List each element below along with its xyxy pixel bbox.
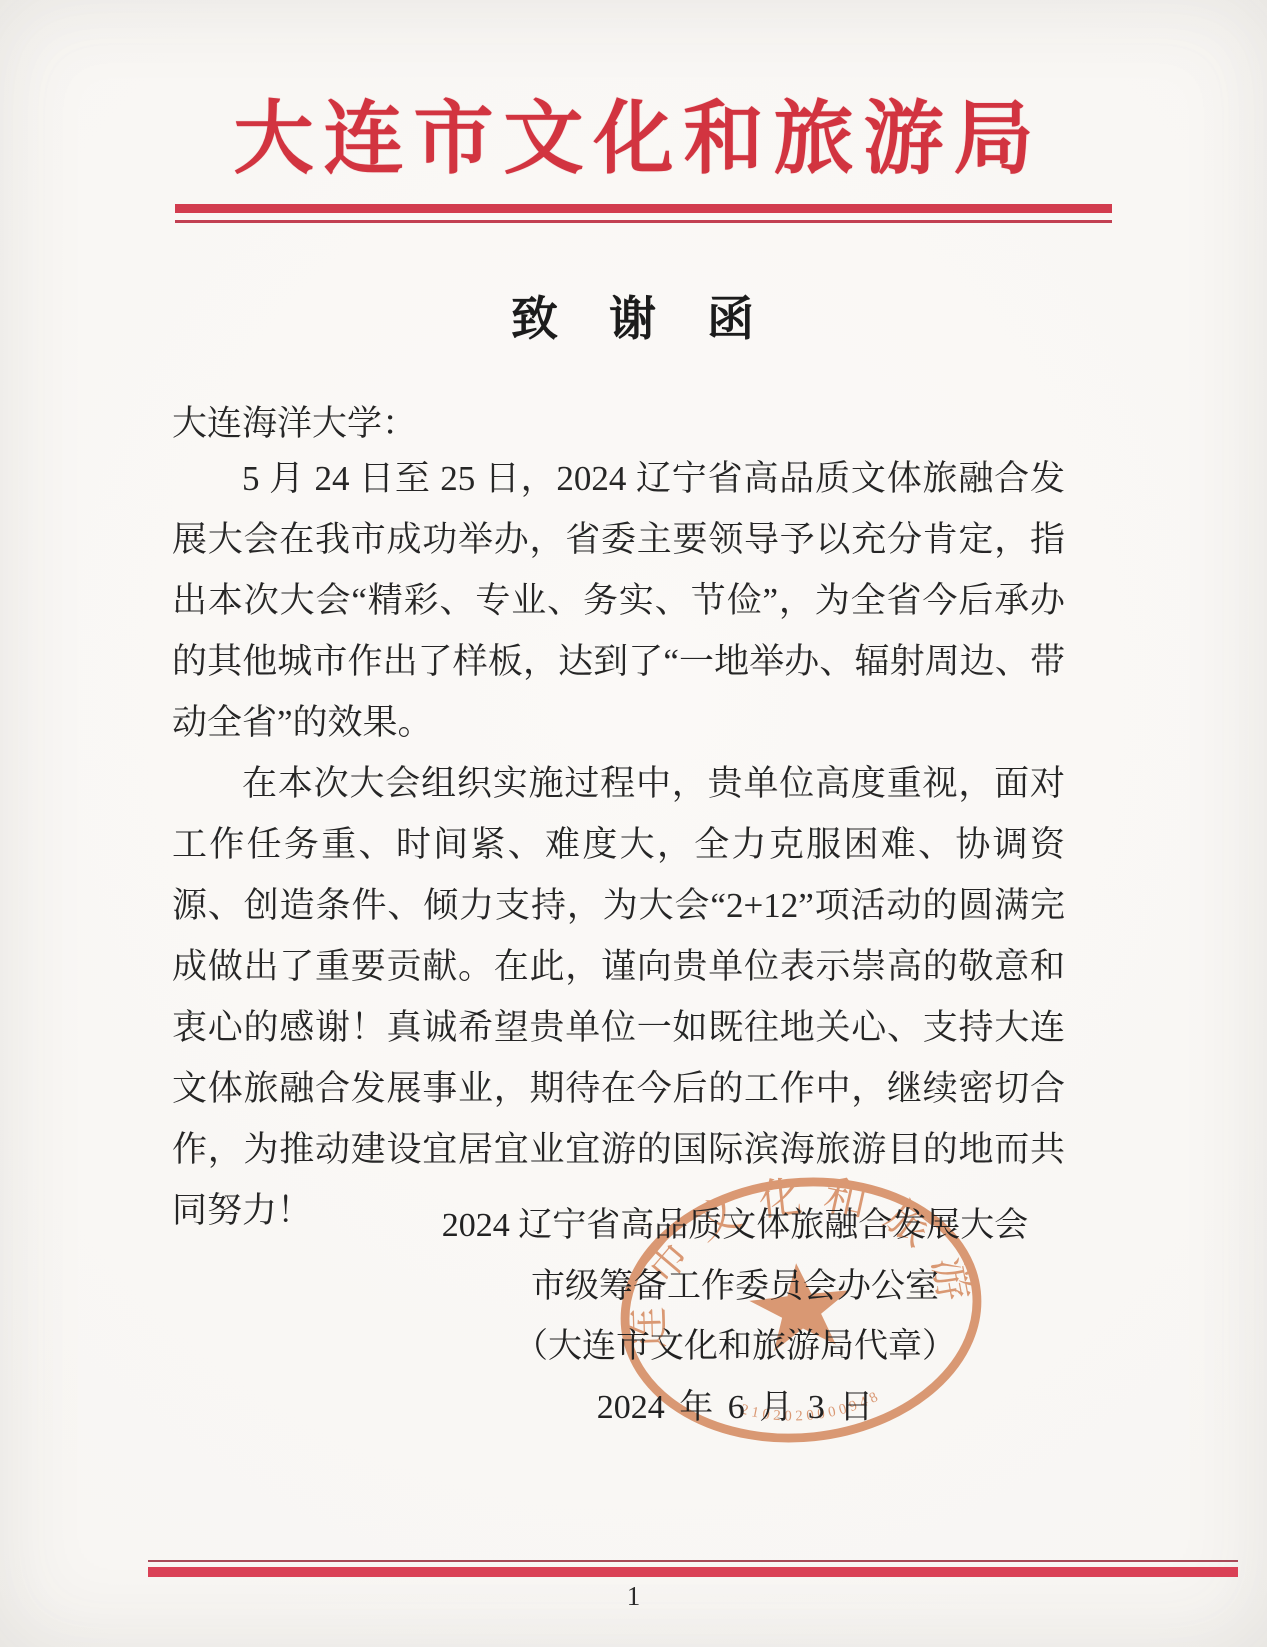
signature-block: 2024 辽宁省高品质文体旅融合发展大会 市级筹备工作委员会办公室 （大连市文化… xyxy=(200,1196,1267,1438)
header-rule-thick xyxy=(175,204,1112,213)
salutation: 大连海洋大学： xyxy=(172,396,417,446)
footer-rule-thin xyxy=(148,1560,1238,1562)
letterhead-title: 大连市文化和旅游局 xyxy=(0,96,1267,184)
signature-org-line1: 2024 辽宁省高品质文体旅融合发展大会 xyxy=(200,1196,1267,1257)
signature-date: 2024 年 6 月 3 日 xyxy=(200,1378,1267,1439)
signature-org-line3: （大连市文化和旅游局代章） xyxy=(200,1317,1267,1378)
document-title: 致 谢 函 xyxy=(0,282,1267,349)
footer-rule-thick xyxy=(148,1567,1238,1577)
letter-body: 5 月 24 日至 25 日，2024 辽宁省高品质文体旅融合发展大会在我市成功… xyxy=(172,448,1065,1241)
paragraph-1: 5 月 24 日至 25 日，2024 辽宁省高品质文体旅融合发展大会在我市成功… xyxy=(172,448,1065,753)
header-rule-thin xyxy=(175,220,1112,223)
document-page: 大连市文化和旅游局 致 谢 函 大连海洋大学： 5 月 24 日至 25 日，2… xyxy=(0,0,1267,1647)
page-number: 1 xyxy=(0,1581,1267,1612)
signature-org-line2: 市级筹备工作委员会办公室 xyxy=(200,1257,1267,1318)
